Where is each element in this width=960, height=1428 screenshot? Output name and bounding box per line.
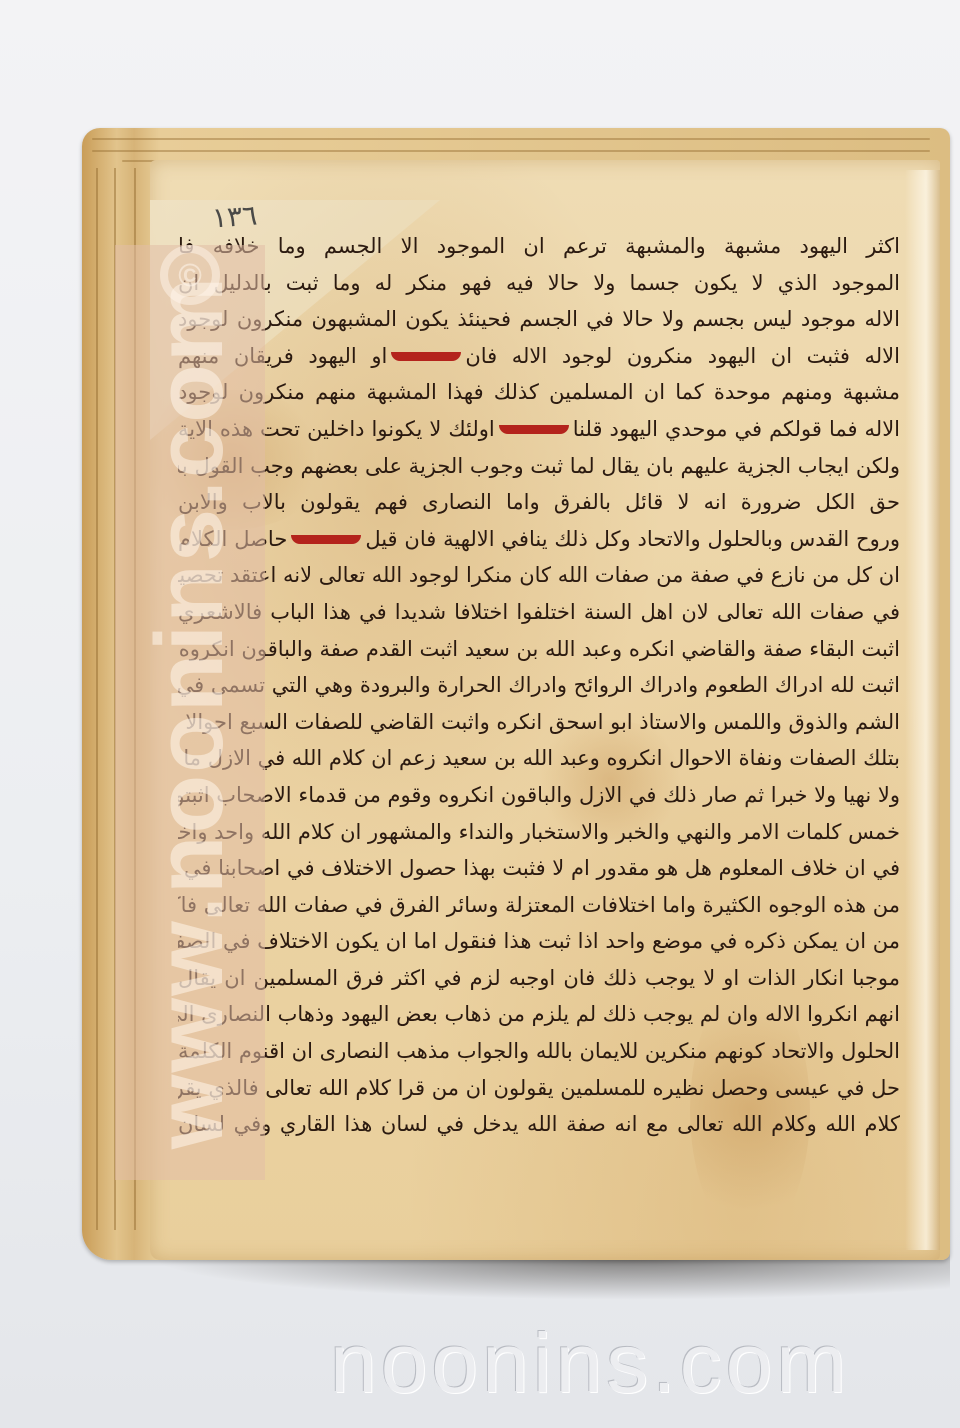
text-line: في صفات الله تعالى لان اهل السنة اختلفوا… [178, 594, 900, 631]
red-rubric-mark [499, 425, 569, 434]
text-line: حل في عيسى وحصل نظيره للمسلمين يقولون ان… [178, 1070, 900, 1107]
page-edge-line [92, 138, 930, 140]
manuscript-text: اكثر اليهود مشبهة والمشبهة ترعم ان الموج… [178, 228, 900, 1143]
text-line: بتلك الصفات ونفاة الاحوال انكروه وعبد ال… [178, 740, 900, 777]
text-line: اثبت البقاء صفة والقاضي انكره وعبد الله … [178, 631, 900, 668]
page-edge-vline [96, 168, 98, 1230]
text-line: من هذه الوجوه الكثيرة واما اختلافات المع… [178, 887, 900, 924]
text-segment: الاله فما قولكم في موحدي اليهود قلنا [573, 417, 900, 441]
text-line: الاله موجود ليس بجسم ولا حالا في الجسم ف… [178, 301, 900, 338]
text-line: الحلول والاتحاد كونهم منكرين للايمان بال… [178, 1033, 900, 1070]
text-line: الشم والذوق واللمس والاستاذ ابو اسحق انك… [178, 704, 900, 741]
manuscript-page: ١٣٦ اكثر اليهود مشبهة والمشبهة ترعم ان ا… [150, 160, 940, 1260]
text-line: الموجود الذي لا يكون جسما ولا حالا فيه ف… [178, 265, 900, 302]
watermark-vertical-text: www.noonins.com [115, 245, 265, 1180]
text-line: كلام الله وكلام الله تعالى مع انه صفة ال… [178, 1106, 900, 1143]
text-line: ولكن ايجاب الجزية عليهم بان يقال لما ثبت… [178, 448, 900, 485]
fore-edge-highlight [905, 170, 940, 1250]
text-line: اكثر اليهود مشبهة والمشبهة ترعم ان الموج… [178, 228, 900, 265]
text-line-with-rubric: وروح القدس وبالحلول والاتحاد وكل ذلك ينا… [178, 521, 900, 558]
text-line: من ان يمكن ذكره في موضع واحد اذا ثبت هذا… [178, 923, 900, 960]
text-line: حق الكل ضرورة انه لا قائل بالفرق واما ال… [178, 484, 900, 521]
red-rubric-mark [291, 535, 361, 544]
text-line-with-rubric: الاله فما قولكم في موحدي اليهود قلنااولئ… [178, 411, 900, 448]
watermark-bottom-text: noonins.com [330, 1318, 950, 1408]
copyright-icon: © [160, 245, 220, 305]
text-line: في ان خلاف المعلوم هل هو مقدور ام لا فثب… [178, 850, 900, 887]
text-segment: وروح القدس وبالحلول والاتحاد وكل ذلك ينا… [365, 527, 900, 551]
text-line-with-rubric: الاله فثبت ان اليهود منكرون لوجود الاله … [178, 338, 900, 375]
page-edge-line [92, 150, 930, 152]
text-line: انهم انكروا الاله وان لم يوجب ذلك لم يلز… [178, 996, 900, 1033]
red-rubric-mark [391, 352, 461, 361]
text-line: خمس كلمات الامر والنهي والخبر والاستخبار… [178, 814, 900, 851]
text-line: ان كل من نازع في صفة من صفات الله كان من… [178, 557, 900, 594]
text-line: اثبت لله ادراك الطعوم وادراك الروائح واد… [178, 667, 900, 704]
text-segment: الاله فثبت ان اليهود منكرون لوجود الاله … [465, 344, 900, 368]
text-line: موجبا انكار الذات او لا يوجب ذلك فان اوج… [178, 960, 900, 997]
text-line: ولا نهيا ولا خبرا ثم صار ذلك في الازل وا… [178, 777, 900, 814]
text-line: مشبهة ومنهم موحدة كما ان المسلمين كذلك ف… [178, 374, 900, 411]
